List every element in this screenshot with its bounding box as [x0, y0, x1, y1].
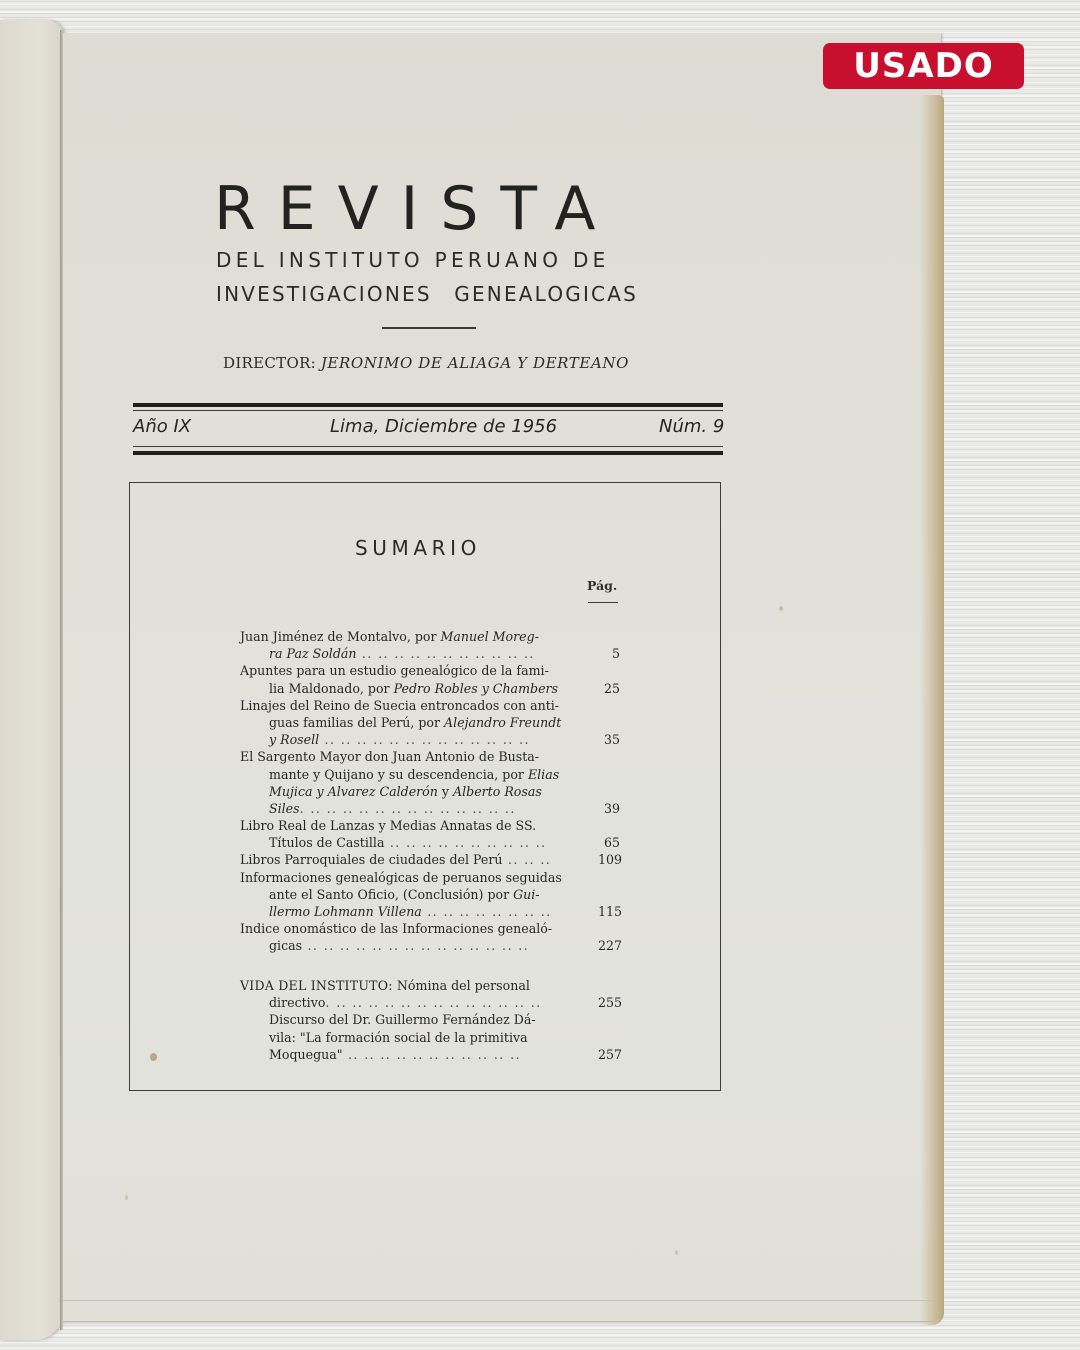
institute-section: VIDA DEL INSTITUTO: Nómina del personald…: [240, 977, 620, 1063]
entry-text: y Rosell: [269, 732, 319, 747]
issue-rule-top-thin: [133, 410, 723, 411]
toc-entry: El Sargento Mayor don Juan Antonio de Bu…: [240, 748, 620, 817]
entry-text: vila: "La formación social de la primiti…: [269, 1030, 528, 1045]
issue-info-row: Año IX Lima, Diciembre de 1956 Núm. 9: [133, 416, 725, 442]
entry-text: Linajes del Reino de Suecia entroncados …: [240, 698, 559, 713]
toc-line: vila: "La formación social de la primiti…: [240, 1029, 620, 1046]
page-number: 35: [598, 731, 620, 748]
issue-rule-top-thick: [133, 403, 723, 407]
title-divider: [382, 327, 476, 329]
director-line: DIRECTOR: JERONIMO DE ALIAGA Y DERTEANO: [223, 354, 629, 372]
leader-dots: .. .. ..: [503, 852, 552, 867]
entry-text: y: [438, 784, 453, 799]
foxing-stain: [125, 1195, 128, 1200]
toc-line: Mujica y Alvarez Calderón y Alberto Rosa…: [240, 783, 620, 800]
foxing-stain: [779, 606, 783, 611]
page-number: 25: [598, 680, 620, 697]
leader-dots: .. .. .. .. .. .. .. .. .. ..: [384, 835, 546, 850]
leader-dots: .. .. .. .. .. .. .. .. .. .. ..: [357, 646, 535, 661]
issue-rule-bottom-thick: [133, 451, 723, 455]
toc-line: Libro Real de Lanzas y Medias Annatas de…: [240, 817, 620, 834]
entry-text: Manuel Moreg-: [441, 629, 539, 644]
toc-line: ra Paz Soldán .. .. .. .. .. .. .. .. ..…: [240, 645, 620, 662]
institute-heading: VIDA DEL INSTITUTO:: [240, 978, 397, 993]
toc-line: directivo. .. .. .. .. .. .. .. .. .. ..…: [240, 994, 620, 1011]
journal-subtitle-line1: DEL INSTITUTO PERUANO DE: [216, 248, 646, 272]
toc-line: llermo Lohmann Villena .. .. .. .. .. ..…: [240, 903, 620, 920]
toc-line: Informaciones genealógicas de peruanos s…: [240, 869, 620, 886]
page-number: 39: [598, 800, 620, 817]
entry-text: Gui-: [513, 887, 539, 902]
leader-dots: .. .. .. .. .. .. .. .. .. .. ..: [343, 1047, 521, 1062]
leader-dots: . .. .. .. .. .. .. .. .. .. .. .. .. ..: [325, 995, 541, 1010]
toc-line: Apuntes para un estudio genealógico de l…: [240, 662, 620, 679]
toc-entry: Indice onomástico de las Informaciones g…: [240, 920, 620, 954]
issue-number: Núm. 9: [659, 416, 724, 437]
toc-line: lia Maldonado, por Pedro Robles y Chambe…: [240, 680, 620, 697]
entry-text: guas familias del Perú, por: [269, 715, 444, 730]
page-column-rule: [588, 602, 618, 603]
toc-line: Linajes del Reino de Suecia entroncados …: [240, 697, 620, 714]
entry-text: Libro Real de Lanzas y Medias Annatas de…: [240, 818, 536, 833]
toc-line: ante el Santo Oficio, (Conclusión) por G…: [240, 886, 620, 903]
page-edge: [920, 95, 944, 1325]
entry-text: Títulos de Castilla: [269, 835, 384, 850]
toc-line: Títulos de Castilla .. .. .. .. .. .. ..…: [240, 834, 620, 851]
entry-text: El Sargento Mayor don Juan Antonio de Bu…: [240, 749, 539, 764]
page-number: 257: [598, 1046, 620, 1063]
page-number: 109: [598, 851, 620, 868]
toc-line: Moquegua" .. .. .. .. .. .. .. .. .. .. …: [240, 1046, 620, 1063]
leader-dots: .. .. .. .. .. .. .. .. .. .. .. .. .. .…: [302, 938, 529, 953]
journal-title: REVISTA: [214, 176, 649, 242]
toc-entry: Informaciones genealógicas de peruanos s…: [240, 869, 620, 921]
leader-dots: . .. .. .. .. .. .. .. .. .. .. .. .. ..: [300, 801, 516, 816]
toc-entry: Juan Jiménez de Montalvo, por Manuel Mor…: [240, 628, 620, 662]
entry-text: ra Paz Soldán: [269, 646, 357, 661]
issue-place-date: Lima, Diciembre de 1956: [330, 416, 557, 437]
page-number: 227: [598, 937, 620, 954]
institute-entry: Discurso del Dr. Guillermo Fernández Dá-…: [240, 1011, 620, 1063]
page-bottom-edge: [63, 1300, 933, 1320]
toc-line: Indice onomástico de las Informaciones g…: [240, 920, 620, 937]
toc-line: guas familias del Perú, por Alejandro Fr…: [240, 714, 620, 731]
entry-text: gicas: [269, 938, 302, 953]
toc-line: Libros Parroquiales de ciudades del Perú…: [240, 851, 620, 868]
journal-subtitle-line2: INVESTIGACIONES GENEALOGICAS: [216, 282, 646, 306]
director-label: DIRECTOR:: [223, 354, 316, 372]
toc-line: Juan Jiménez de Montalvo, por Manuel Mor…: [240, 628, 620, 645]
toc-line: y Rosell .. .. .. .. .. .. .. .. .. .. .…: [240, 731, 620, 748]
institute-entry: VIDA DEL INSTITUTO: Nómina del personald…: [240, 977, 620, 1011]
foxing-stain: [675, 1250, 678, 1255]
entry-text: Pedro Robles y Chambers: [394, 681, 558, 696]
page-number: 5: [598, 645, 620, 662]
page-number: 255: [598, 994, 620, 1011]
entry-text: ante el Santo Oficio, (Conclusión) por: [269, 887, 513, 902]
issue-year: Año IX: [133, 416, 191, 437]
leader-dots: .. .. .. .. .. .. .. .. .. .. .. .. ..: [319, 732, 530, 747]
page-number: 115: [598, 903, 620, 920]
entry-text: Indice onomástico de las Informaciones g…: [240, 921, 552, 936]
entry-text: Elias: [528, 767, 559, 782]
entry-text: llermo Lohmann Villena: [269, 904, 422, 919]
toc-entry: Libros Parroquiales de ciudades del Perú…: [240, 851, 620, 868]
director-name: JERONIMO DE ALIAGA Y DERTEANO: [321, 354, 629, 372]
page-number: 65: [598, 834, 620, 851]
summary-title: SUMARIO: [355, 536, 481, 560]
leader-dots: .. .. .. .. .. .. .. ..: [422, 904, 552, 919]
entry-text: lia Maldonado, por: [269, 681, 394, 696]
toc-line: Siles. .. .. .. .. .. .. .. .. .. .. .. …: [240, 800, 620, 817]
used-condition-badge: USADO: [823, 43, 1024, 89]
entry-text: Apuntes para un estudio genealógico de l…: [240, 663, 549, 678]
entry-text: Informaciones genealógicas de peruanos s…: [240, 870, 562, 885]
toc-entry: Libro Real de Lanzas y Medias Annatas de…: [240, 817, 620, 851]
toc-line: VIDA DEL INSTITUTO: Nómina del personal: [240, 977, 620, 994]
toc-line: El Sargento Mayor don Juan Antonio de Bu…: [240, 748, 620, 765]
entry-text: Siles: [269, 801, 300, 816]
entry-text: Nómina del personal: [397, 978, 530, 993]
toc-entry: Apuntes para un estudio genealógico de l…: [240, 662, 620, 696]
entry-text: mante y Quijano y su descendencia, por: [269, 767, 528, 782]
issue-rule-bottom-thin: [133, 446, 723, 447]
entry-text: Alberto Rosas: [453, 784, 542, 799]
entry-text: Mujica y Alvarez Calderón: [269, 784, 438, 799]
entry-text: directivo: [269, 995, 325, 1010]
entry-text: Juan Jiménez de Montalvo, por: [240, 629, 441, 644]
toc-line: mante y Quijano y su descendencia, por E…: [240, 766, 620, 783]
page-column-header: Pág.: [587, 578, 617, 593]
toc-line: gicas .. .. .. .. .. .. .. .. .. .. .. .…: [240, 937, 620, 954]
entry-text: Moquegua": [269, 1047, 343, 1062]
entry-text: Discurso del Dr. Guillermo Fernández Dá-: [269, 1012, 536, 1027]
toc-entry: Linajes del Reino de Suecia entroncados …: [240, 697, 620, 749]
entry-text: Libros Parroquiales de ciudades del Perú: [240, 852, 503, 867]
entry-text: Alejandro Freundt: [444, 715, 561, 730]
facing-page: [0, 20, 64, 1340]
toc-line: Discurso del Dr. Guillermo Fernández Dá-: [240, 1011, 620, 1028]
table-of-contents: Juan Jiménez de Montalvo, por Manuel Mor…: [240, 628, 620, 955]
